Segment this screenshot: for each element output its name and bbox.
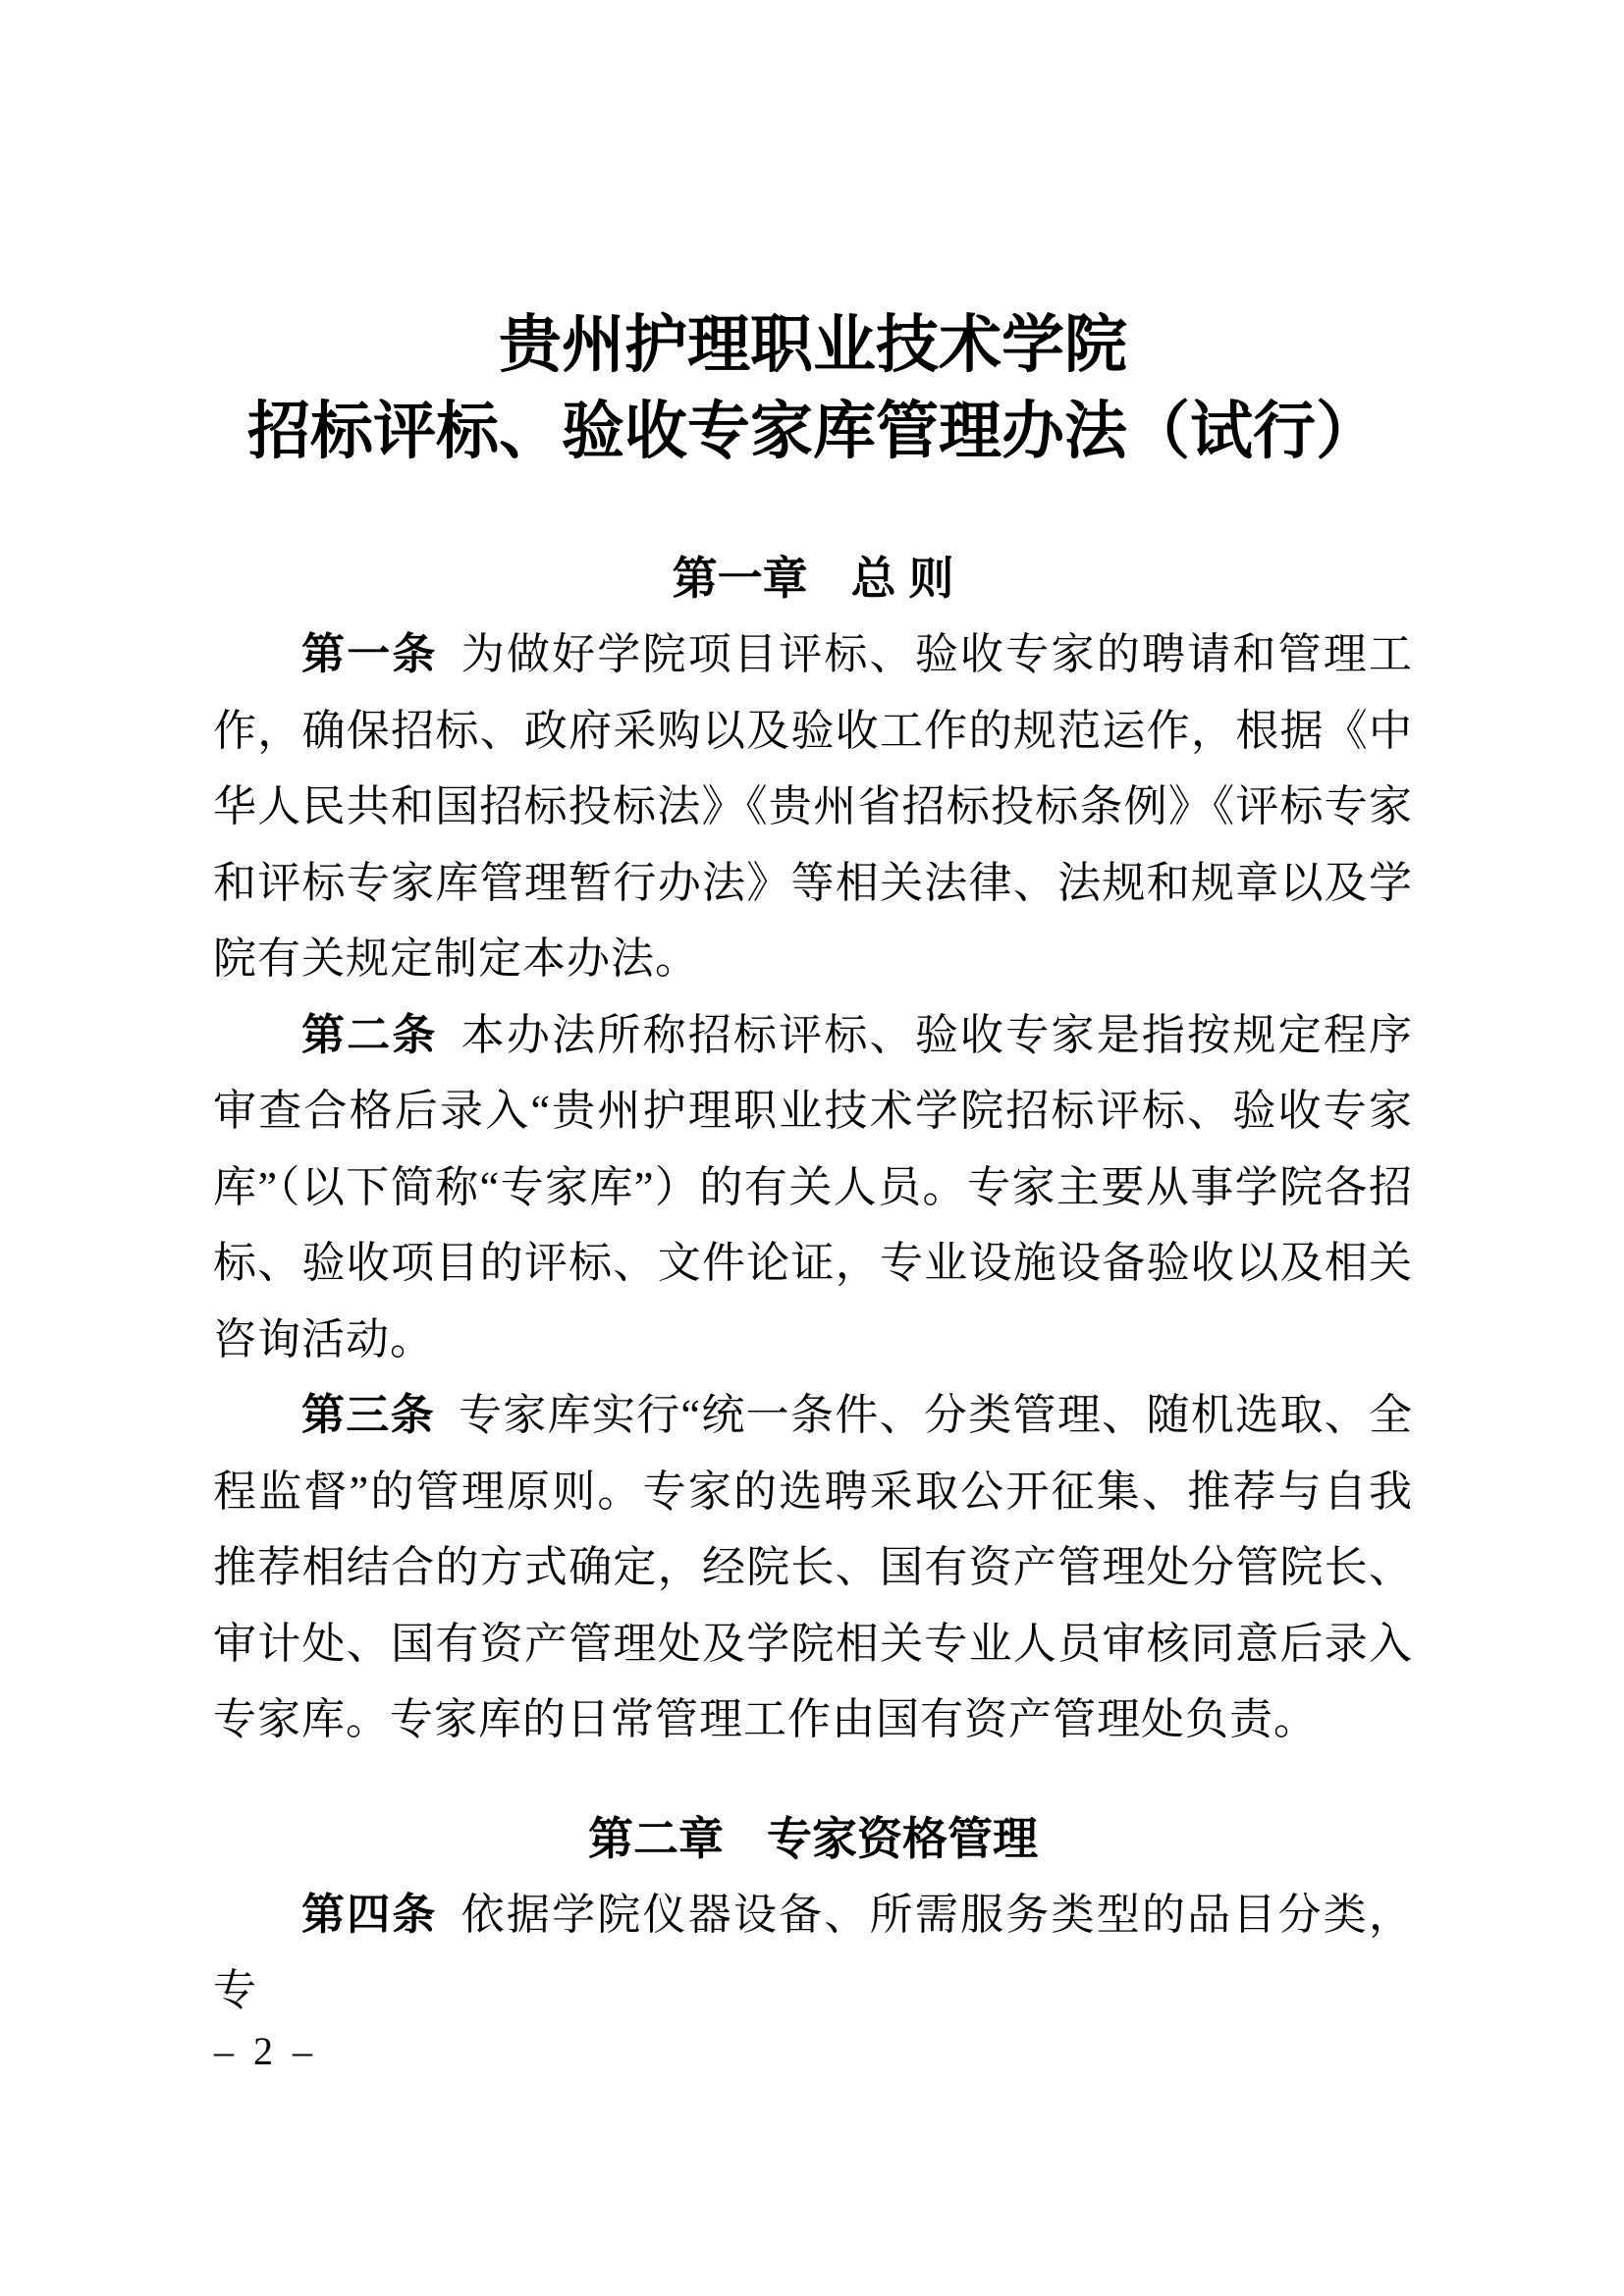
article-2-paragraph: 第二条本办法所称招标评标、验收专家是指按规定程序审查合格后录入“贵州护理职业技术… [213,997,1413,1378]
article-2-term: 第二条 [301,1011,438,1059]
article-3-paragraph: 第三条专家库实行“统一条件、分类管理、随机选取、全程监督”的管理原则。专家的选聘… [213,1377,1413,1758]
article-3-term: 第三条 [301,1391,435,1439]
chapter-2-name: 专家资格管理 [767,1813,1038,1864]
chapter-2-heading: 第二章专家资格管理 [213,1800,1413,1877]
chapter-1-heading: 第一章总 则 [213,540,1413,616]
document-content: 贵州护理职业技术学院 招标评标、验收专家库管理办法（试行） 第一章总 则 第一条… [213,302,1413,2029]
chapter-1-number: 第一章 [673,553,808,604]
title-line-2: 招标评标、验收专家库管理办法（试行） [213,389,1413,475]
page-number: – 2 – [214,2028,317,2074]
chapter-2-number: 第二章 [588,1813,724,1864]
document-title: 贵州护理职业技术学院 招标评标、验收专家库管理办法（试行） [213,302,1413,475]
article-4-paragraph: 第四条依据学院仪器设备、所需服务类型的品目分类，专 [213,1877,1413,2029]
article-2-text: 本办法所称招标评标、验收专家是指按规定程序审查合格后录入“贵州护理职业技术学院招… [213,1011,1413,1363]
article-4-term: 第四条 [301,1891,438,1939]
title-line-1: 贵州护理职业技术学院 [213,302,1413,389]
chapter-1-name: 总 则 [851,553,954,604]
document-page: 贵州护理职业技术学院 招标评标、验收专家库管理办法（试行） 第一章总 则 第一条… [0,0,1624,2296]
article-1-paragraph: 第一条为做好学院项目评标、验收专家的聘请和管理工作，确保招标、政府采购以及验收工… [213,616,1413,997]
article-1-text: 为做好学院项目评标、验收专家的聘请和管理工作，确保招标、政府采购以及验收工作的规… [213,630,1413,983]
article-1-term: 第一条 [301,630,438,678]
article-3-text: 专家库实行“统一条件、分类管理、随机选取、全程监督”的管理原则。专家的选聘采取公… [213,1391,1413,1743]
